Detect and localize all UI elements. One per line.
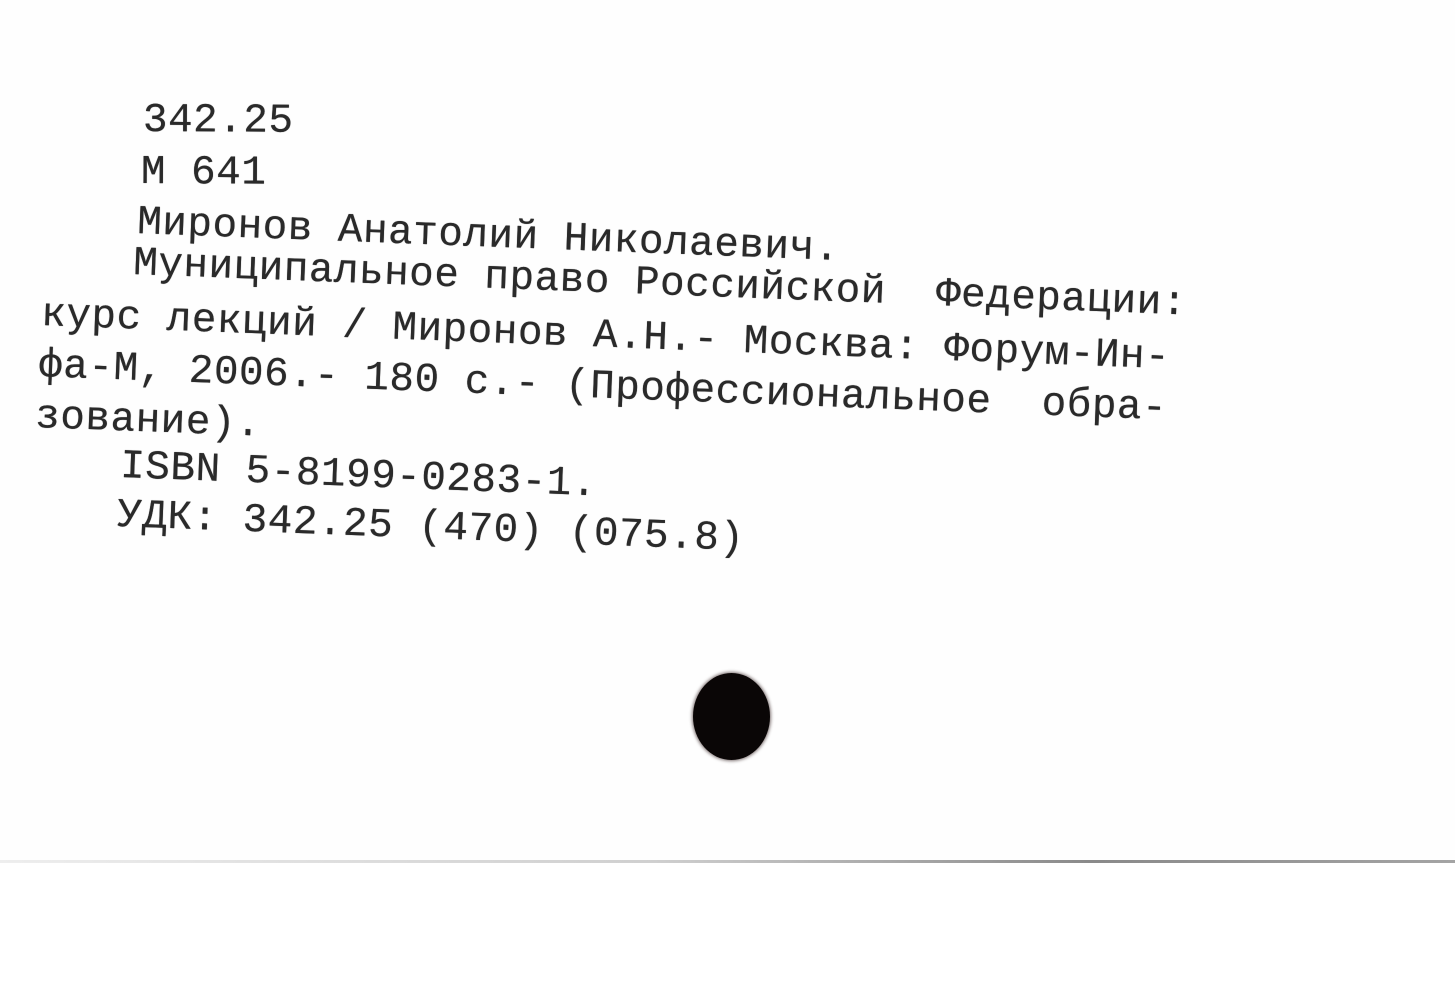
udc: УДК: 342.25 (470) (075.8) bbox=[116, 496, 745, 561]
title-line-4: зование). bbox=[34, 397, 261, 447]
call-number: 342.25 bbox=[143, 101, 294, 143]
author-mark: М 641 bbox=[141, 153, 267, 195]
catalog-card: 342.25 М 641 Миронов Анатолий Николаевич… bbox=[0, 0, 1455, 862]
punch-hole bbox=[693, 673, 770, 760]
card-bottom-edge bbox=[0, 860, 1455, 863]
